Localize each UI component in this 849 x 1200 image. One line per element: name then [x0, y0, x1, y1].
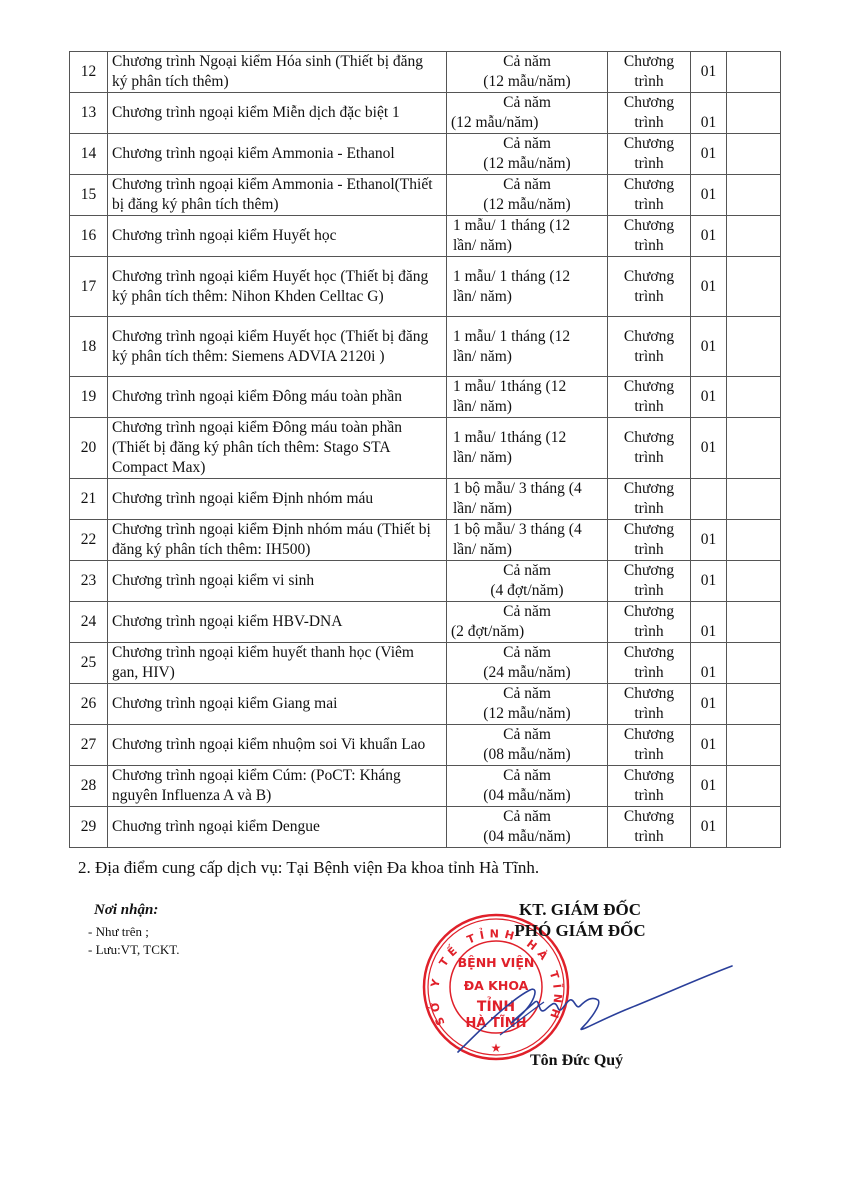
- program-name: Chương trình ngoại kiểm Ammonia - Ethano…: [108, 134, 447, 175]
- frequency-cell: 1 mẫu/ 1 tháng (12lần/ năm): [447, 317, 608, 377]
- program-name: Chương trình ngoại kiểm Ammonia - Ethano…: [108, 175, 447, 216]
- frequency-cell: Cả năm(12 mẫu/năm): [447, 175, 608, 216]
- row-number: 22: [70, 520, 108, 561]
- quantity-cell: 01: [691, 725, 727, 766]
- table-row: 12Chương trình Ngoại kiểm Hóa sinh (Thiế…: [70, 52, 781, 93]
- unit-cell: Chươngtrình: [608, 479, 691, 520]
- quantity-cell: 01: [691, 561, 727, 602]
- signature-title-line1: KT. GIÁM ĐỐC: [480, 900, 680, 920]
- table-row: 17Chương trình ngoại kiểm Huyết học (Thi…: [70, 257, 781, 317]
- row-number: 13: [70, 93, 108, 134]
- program-name: Chương trình Ngoại kiểm Hóa sinh (Thiết …: [108, 52, 447, 93]
- frequency-cell: Cả năm(12 mẫu/năm): [447, 52, 608, 93]
- unit-cell: Chươngtrình: [608, 418, 691, 479]
- row-number: 26: [70, 684, 108, 725]
- quantity-cell: 01: [691, 807, 727, 848]
- note-cell: [727, 561, 781, 602]
- note-cell: [727, 602, 781, 643]
- program-name: Chương trình ngoại kiểm Cúm: (PoCT: Khán…: [108, 766, 447, 807]
- program-name: Chương trình ngoại kiểm Định nhóm máu: [108, 479, 447, 520]
- table-row: 18Chương trình ngoại kiểm Huyết học (Thi…: [70, 317, 781, 377]
- program-name: Chương trình ngoại kiểm Đông máu toàn ph…: [108, 377, 447, 418]
- unit-cell: Chươngtrình: [608, 684, 691, 725]
- quantity-cell: 01: [691, 377, 727, 418]
- frequency-cell: 1 bộ mẫu/ 3 tháng (4lần/ năm): [447, 479, 608, 520]
- program-name: Chương trình ngoại kiểm nhuộm soi Vi khu…: [108, 725, 447, 766]
- program-name: Chuơng trình ngoại kiểm Dengue: [108, 807, 447, 848]
- quantity-cell: 01: [691, 684, 727, 725]
- unit-cell: Chươngtrình: [608, 175, 691, 216]
- quantity-cell: 01: [691, 520, 727, 561]
- frequency-cell: 1 mẫu/ 1 tháng (12lần/ năm): [447, 257, 608, 317]
- recipients-title: Nơi nhận:: [94, 902, 158, 919]
- program-name: Chương trình ngoại kiểm Huyết học (Thiết…: [108, 257, 447, 317]
- unit-cell: Chươngtrình: [608, 807, 691, 848]
- row-number: 20: [70, 418, 108, 479]
- unit-cell: Chươngtrình: [608, 134, 691, 175]
- table-row: 13Chương trình ngoại kiểm Miễn dịch đặc …: [70, 93, 781, 134]
- row-number: 25: [70, 643, 108, 684]
- row-number: 28: [70, 766, 108, 807]
- table-row: 19Chương trình ngoại kiểm Đông máu toàn …: [70, 377, 781, 418]
- note-cell: [727, 807, 781, 848]
- frequency-cell: Cả năm(12 mẫu/năm): [447, 93, 608, 134]
- table-row: 25Chương trình ngoại kiểm huyết thanh họ…: [70, 643, 781, 684]
- frequency-cell: Cả năm(24 mẫu/năm): [447, 643, 608, 684]
- note-cell: [727, 257, 781, 317]
- quantity-cell: 01: [691, 216, 727, 257]
- quantity-cell: 01: [691, 766, 727, 807]
- quantity-cell: 01: [691, 257, 727, 317]
- row-number: 29: [70, 807, 108, 848]
- frequency-cell: 1 mẫu/ 1 tháng (12lần/ năm): [447, 216, 608, 257]
- program-name: Chương trình ngoại kiểm huyết thanh học …: [108, 643, 447, 684]
- quantity-cell: 01: [691, 317, 727, 377]
- quantity-cell: [691, 479, 727, 520]
- table-row: 14Chương trình ngoại kiểm Ammonia - Etha…: [70, 134, 781, 175]
- row-number: 14: [70, 134, 108, 175]
- note-cell: [727, 52, 781, 93]
- row-number: 12: [70, 52, 108, 93]
- frequency-cell: 1 mẫu/ 1tháng (12lần/ năm): [447, 418, 608, 479]
- note-cell: [727, 766, 781, 807]
- table-row: 16Chương trình ngoại kiểm Huyết học1 mẫu…: [70, 216, 781, 257]
- table-row: 22Chương trình ngoại kiểm Định nhóm máu …: [70, 520, 781, 561]
- table-row: 24Chương trình ngoại kiểm HBV-DNACả năm(…: [70, 602, 781, 643]
- note-cell: [727, 216, 781, 257]
- quantity-cell: 01: [691, 93, 727, 134]
- program-name: Chương trình ngoại kiểm Huyết học (Thiết…: [108, 317, 447, 377]
- frequency-cell: Cả năm(08 mẫu/năm): [447, 725, 608, 766]
- note-cell: [727, 377, 781, 418]
- program-name: Chương trình ngoại kiểm HBV-DNA: [108, 602, 447, 643]
- note-cell: [727, 317, 781, 377]
- signer-name: Tôn Đức Quý: [530, 1052, 623, 1070]
- row-number: 18: [70, 317, 108, 377]
- unit-cell: Chươngtrình: [608, 602, 691, 643]
- unit-cell: Chươngtrình: [608, 377, 691, 418]
- frequency-cell: 1 mẫu/ 1tháng (12lần/ năm): [447, 377, 608, 418]
- frequency-cell: Cả năm(4 đợt/năm): [447, 561, 608, 602]
- table-row: 29Chuơng trình ngoại kiểm DengueCả năm(0…: [70, 807, 781, 848]
- table-row: 27Chương trình ngoại kiểm nhuộm soi Vi k…: [70, 725, 781, 766]
- note-cell: [727, 134, 781, 175]
- frequency-cell: Cả năm(04 mẫu/năm): [447, 766, 608, 807]
- program-name: Chương trình ngoại kiểm Định nhóm máu (T…: [108, 520, 447, 561]
- frequency-cell: Cả năm(12 mẫu/năm): [447, 134, 608, 175]
- program-name: Chương trình ngoại kiểm Miễn dịch đặc bi…: [108, 93, 447, 134]
- unit-cell: Chươngtrình: [608, 93, 691, 134]
- row-number: 23: [70, 561, 108, 602]
- note-cell: [727, 725, 781, 766]
- document-page: 12Chương trình Ngoại kiểm Hóa sinh (Thiế…: [0, 0, 849, 1200]
- unit-cell: Chươngtrình: [608, 643, 691, 684]
- table-row: 20Chương trình ngoại kiểm Đông máu toàn …: [70, 418, 781, 479]
- program-name: Chương trình ngoại kiểm Huyết học: [108, 216, 447, 257]
- program-name: Chương trình ngoại kiểm Đông máu toàn ph…: [108, 418, 447, 479]
- quantity-cell: 01: [691, 602, 727, 643]
- frequency-cell: Cả năm(04 mẫu/năm): [447, 807, 608, 848]
- row-number: 24: [70, 602, 108, 643]
- signature-title-line2: PHÓ GIÁM ĐỐC: [480, 921, 680, 941]
- quantity-cell: 01: [691, 418, 727, 479]
- row-number: 17: [70, 257, 108, 317]
- recipient-item: - Như trên ;: [88, 924, 149, 940]
- unit-cell: Chươngtrình: [608, 561, 691, 602]
- note-cell: [727, 93, 781, 134]
- recipient-item: - Lưu:VT, TCKT.: [88, 942, 180, 958]
- quantity-cell: 01: [691, 134, 727, 175]
- unit-cell: Chươngtrình: [608, 317, 691, 377]
- note-cell: [727, 479, 781, 520]
- frequency-cell: Cả năm(12 mẫu/năm): [447, 684, 608, 725]
- handwritten-signature: [440, 960, 740, 1060]
- program-name: Chương trình ngoại kiểm Giang mai: [108, 684, 447, 725]
- service-table: 12Chương trình Ngoại kiểm Hóa sinh (Thiế…: [69, 51, 781, 848]
- note-cell: [727, 684, 781, 725]
- table-row: 26Chương trình ngoại kiểm Giang maiCả nă…: [70, 684, 781, 725]
- table-row: 15Chương trình ngoại kiểm Ammonia - Etha…: [70, 175, 781, 216]
- note-cell: [727, 520, 781, 561]
- quantity-cell: 01: [691, 175, 727, 216]
- note-cell: [727, 418, 781, 479]
- row-number: 15: [70, 175, 108, 216]
- frequency-cell: 1 bộ mẫu/ 3 tháng (4lần/ năm): [447, 520, 608, 561]
- unit-cell: Chươngtrình: [608, 52, 691, 93]
- frequency-cell: Cả năm(2 đợt/năm): [447, 602, 608, 643]
- unit-cell: Chươngtrình: [608, 216, 691, 257]
- unit-cell: Chươngtrình: [608, 766, 691, 807]
- quantity-cell: 01: [691, 643, 727, 684]
- row-number: 27: [70, 725, 108, 766]
- note-cell: [727, 175, 781, 216]
- unit-cell: Chươngtrình: [608, 520, 691, 561]
- table-row: 23Chương trình ngoại kiểm vi sinhCả năm(…: [70, 561, 781, 602]
- quantity-cell: 01: [691, 52, 727, 93]
- service-location: 2. Địa điểm cung cấp dịch vụ: Tại Bệnh v…: [78, 858, 539, 878]
- table-row: 28Chương trình ngoại kiểm Cúm: (PoCT: Kh…: [70, 766, 781, 807]
- row-number: 16: [70, 216, 108, 257]
- note-cell: [727, 643, 781, 684]
- table-row: 21Chương trình ngoại kiểm Định nhóm máu1…: [70, 479, 781, 520]
- unit-cell: Chươngtrình: [608, 725, 691, 766]
- unit-cell: Chươngtrình: [608, 257, 691, 317]
- program-name: Chương trình ngoại kiểm vi sinh: [108, 561, 447, 602]
- row-number: 21: [70, 479, 108, 520]
- row-number: 19: [70, 377, 108, 418]
